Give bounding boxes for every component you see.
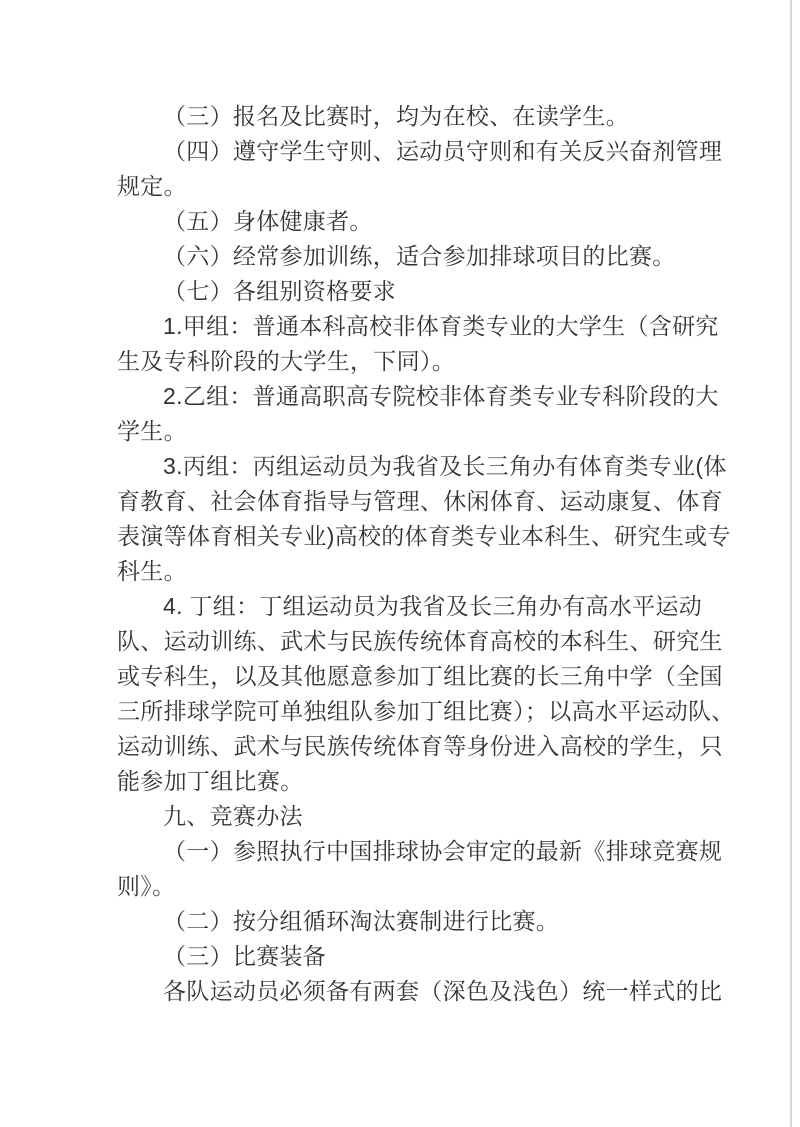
document-page: （三）报名及比赛时，均为在校、在读学生。 （四）遵守学生守则、运动员守则和有关反…: [0, 0, 800, 1127]
paragraph-line: 三所排球学院可单独组队参加丁组比赛）；以高水平运动队、: [117, 694, 683, 729]
paragraph-line: （四）遵守学生守则、运动员守则和有关反兴奋剂管理: [117, 134, 683, 169]
paragraph-line: （六）经常参加训练，适合参加排球项目的比赛。: [117, 239, 683, 274]
paragraph-line: 则》。: [117, 869, 683, 904]
paragraph-line: 能参加丁组比赛。: [117, 764, 683, 799]
paragraph-line: （二）按分组循环淘汰赛制进行比赛。: [117, 904, 683, 939]
paragraph-line: 规定。: [117, 169, 683, 204]
paragraph-line: （七）各组别资格要求: [117, 274, 683, 309]
paragraph-line: （三）比赛装备: [117, 939, 683, 974]
paragraph-line: 或专科生，以及其他愿意参加丁组比赛的长三角中学（全国: [117, 659, 683, 694]
paragraph-line: 3.丙组：丙组运动员为我省及长三角办有体育类专业(体: [117, 449, 683, 484]
page-edge-line: [790, 0, 792, 1127]
paragraph-line: 4. 丁组：丁组运动员为我省及长三角办有高水平运动: [117, 589, 683, 624]
paragraph-line: 2.乙组：普通高职高专院校非体育类专业专科阶段的大: [117, 379, 683, 414]
paragraph-line: 运动训练、武术与民族传统体育等身份进入高校的学生，只: [117, 729, 683, 764]
paragraph-line: 九、竞赛办法: [117, 799, 683, 834]
paragraph-line: （三）报名及比赛时，均为在校、在读学生。: [117, 99, 683, 134]
paragraph-line: 1.甲组：普通本科高校非体育类专业的大学生（含研究: [117, 309, 683, 344]
paragraph-line: 育教育、社会体育指导与管理、休闲体育、运动康复、体育: [117, 484, 683, 519]
paragraph-line: （五）身体健康者。: [117, 204, 683, 239]
paragraph-line: 表演等体育相关专业)高校的体育类专业本科生、研究生或专: [117, 519, 683, 554]
paragraph-line: 学生。: [117, 414, 683, 449]
document-text-block: （三）报名及比赛时，均为在校、在读学生。 （四）遵守学生守则、运动员守则和有关反…: [117, 99, 683, 1009]
paragraph-line: 各队运动员必须备有两套（深色及浅色）统一样式的比: [117, 974, 683, 1009]
paragraph-line: 生及专科阶段的大学生，下同）。: [117, 344, 683, 379]
paragraph-line: （一）参照执行中国排球协会审定的最新《排球竞赛规: [117, 834, 683, 869]
paragraph-line: 科生。: [117, 554, 683, 589]
paragraph-line: 队、运动训练、武术与民族传统体育高校的本科生、研究生: [117, 624, 683, 659]
